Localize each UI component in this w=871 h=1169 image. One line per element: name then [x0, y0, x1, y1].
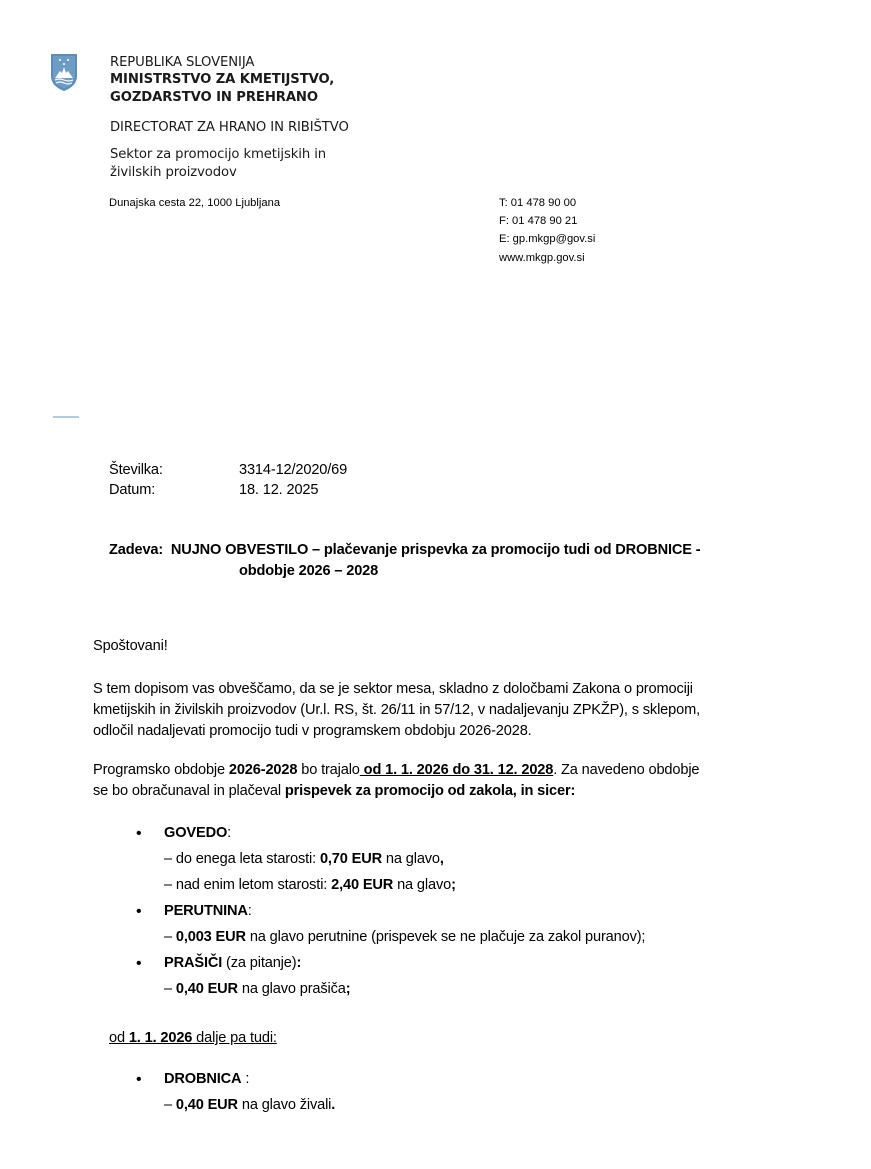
subject-line1: Zadeva: NUJNO OBVESTILO – plačevanje pri…	[109, 540, 701, 562]
bullet-icon: •	[136, 953, 141, 975]
paragraph-1-line2: kmetijskih in živilskih proizvodov (Ur.l…	[93, 700, 700, 722]
bullet-icon: •	[136, 1069, 141, 1091]
bullet-icon: •	[136, 901, 141, 923]
text: –	[164, 1097, 176, 1113]
paragraph-1-line1: S tem dopisom vas obveščamo, da se je se…	[93, 679, 693, 701]
govedo-sub-1: – do enega leta starosti: 0,70 EUR na gl…	[164, 849, 444, 871]
text: :	[248, 903, 252, 919]
amount: 0,40 EUR	[176, 1097, 238, 1113]
number-label: Številka:	[109, 460, 163, 482]
text: –	[164, 981, 176, 997]
phone: T: 01 478 90 00	[499, 194, 576, 212]
item-perutnina: PERUTNINA:	[164, 901, 252, 923]
item-title: PRAŠIČI	[164, 955, 222, 971]
email: E: gp.mkgp@gov.si	[499, 230, 595, 248]
from-date: 1. 1. 2026	[129, 1030, 192, 1046]
amount: 0,40 EUR	[176, 981, 238, 997]
greeting: Spoštovani!	[93, 636, 168, 658]
text: – nad enim letom starosti:	[164, 877, 331, 893]
text: –	[164, 929, 176, 945]
text: na glavo prašiča	[238, 981, 346, 997]
date-value: 18. 12. 2025	[239, 480, 318, 502]
period-dates: od 1. 1. 2026 do 31. 12. 2028	[360, 762, 553, 778]
text: na glavo	[393, 877, 451, 893]
date-label: Datum:	[109, 480, 155, 502]
subject-line2: obdobje 2026 – 2028	[239, 561, 378, 583]
ministry-name-line2: GOZDARSTVO IN PREHRANO	[110, 89, 318, 106]
sector-name-line2: živilskih proizvodov	[110, 163, 237, 182]
website: www.mkgp.gov.si	[499, 249, 585, 267]
drobnica-sub-1: – 0,40 EUR na glavo živali.	[164, 1095, 335, 1117]
country-name: REPUBLIKA SLOVENIJA	[110, 54, 254, 71]
contribution-bold: prispevek za promocijo od zakola, in sic…	[285, 783, 575, 799]
perutnina-sub-1: – 0,003 EUR na glavo perutnine (prispeve…	[164, 927, 645, 949]
fax: F: 01 478 90 21	[499, 212, 577, 230]
text: bo trajalo	[297, 762, 359, 778]
period-bold: 2026-2028	[229, 762, 297, 778]
ministry-name-line1: MINISTRSTVO ZA KMETIJSTVO,	[110, 71, 334, 88]
text: od	[109, 1030, 129, 1046]
text: na glavo	[382, 851, 440, 867]
subject-title: NUJNO OBVESTILO – plačevanje prispevka z…	[171, 542, 701, 558]
paragraph-2-line1: Programsko obdobje 2026-2028 bo trajalo …	[93, 760, 699, 782]
amount: 0,003 EUR	[176, 929, 246, 945]
amount: 0,70 EUR	[320, 851, 382, 867]
text: . Za navedeno obdobje	[553, 762, 699, 778]
govedo-sub-2: – nad enim letom starosti: 2,40 EUR na g…	[164, 875, 456, 897]
text: na glavo živali	[238, 1097, 331, 1113]
item-drobnica: DROBNICA :	[164, 1069, 249, 1091]
number-value: 3314-12/2020/69	[239, 460, 347, 482]
coat-of-arms-icon	[49, 52, 79, 92]
bullet-icon: •	[136, 823, 141, 845]
paragraph-2-line2: se bo obračunaval in plačeval prispevek …	[93, 781, 575, 803]
text: :	[296, 955, 301, 971]
item-title: DROBNICA	[164, 1071, 241, 1087]
paragraph-1-line3: odločil nadaljevati promocijo tudi v pro…	[93, 721, 532, 743]
item-prasici: PRAŠIČI (za pitanje):	[164, 953, 301, 975]
text: ;	[451, 877, 456, 893]
amount: 2,40 EUR	[331, 877, 393, 893]
text: .	[331, 1097, 335, 1113]
text: (za pitanje)	[222, 955, 296, 971]
text: :	[241, 1071, 249, 1087]
text: – do enega leta starosti:	[164, 851, 320, 867]
text: se bo obračunaval in plačeval	[93, 783, 285, 799]
sector-name-line1: Sektor za promocijo kmetijskih in	[110, 145, 326, 164]
from-date-line: od 1. 1. 2026 dalje pa tudi:	[109, 1028, 277, 1050]
text: ;	[346, 981, 351, 997]
text: dalje pa tudi:	[192, 1030, 277, 1046]
divider-line	[53, 416, 79, 418]
address: Dunajska cesta 22, 1000 Ljubljana	[109, 194, 280, 212]
text: :	[227, 825, 231, 841]
subject-label: Zadeva:	[109, 542, 163, 558]
item-title: PERUTNINA	[164, 903, 248, 919]
text: na glavo perutnine (prispevek se ne plač…	[246, 929, 645, 945]
text: Programsko obdobje	[93, 762, 229, 778]
item-govedo: GOVEDO:	[164, 823, 231, 845]
item-title: GOVEDO	[164, 825, 227, 841]
prasici-sub-1: – 0,40 EUR na glavo prašiča;	[164, 979, 350, 1001]
directorate-name: DIRECTORAT ZA HRANO IN RIBIŠTVO	[110, 119, 349, 136]
text: ,	[440, 851, 444, 867]
